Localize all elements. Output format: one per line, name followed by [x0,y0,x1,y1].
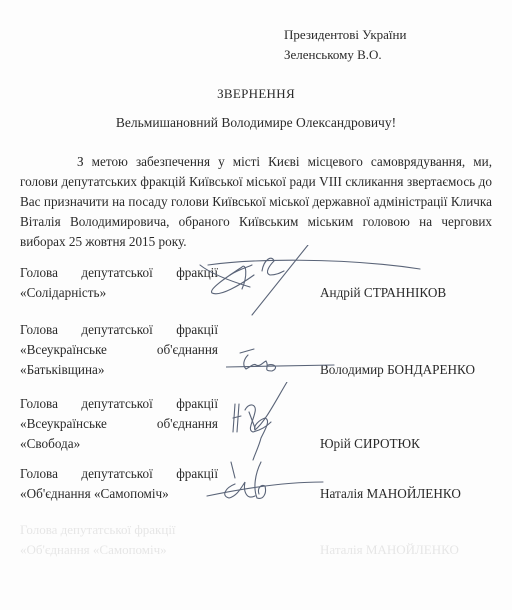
show-through-name: Наталія МАНОЙЛЕНКО [320,540,459,560]
signatory-role: Голова депутатської фракції «Всеукраїнсь… [20,320,218,380]
signatory-role: Голова депутатської фракції «Всеукраїнсь… [20,394,218,454]
body-paragraph: З метою забезпечення у місті Києві місце… [20,152,492,252]
signatory-name: Володимир БОНДАРЕНКО [320,360,475,380]
signature-1-icon [190,245,430,320]
document-title: ЗВЕРНЕННЯ [0,86,512,102]
signature-4-icon [205,458,325,503]
signatory-role: Голова депутатської фракції «Солідарніст… [20,263,218,303]
signature-2-icon [226,345,336,375]
addressee-block: Президентові України Зеленському В.О. [284,25,406,65]
addressee-line-1: Президентові України [284,25,406,45]
addressee-line-2: Зеленському В.О. [284,45,406,65]
salutation: Вельмишановний Володимире Олександровичу… [0,115,512,131]
signatory-role: Голова депутатської фракції «Об'єднання … [20,464,218,504]
document-page: Президентові України Зеленському В.О. ЗВ… [0,0,512,610]
signature-3-icon [225,382,315,462]
show-through-text: Голова депутатської фракції «Об'єднання … [20,520,176,560]
signatory-name: Юрій СИРОТЮК [320,434,420,454]
signatory-name: Наталія МАНОЙЛЕНКО [320,484,461,504]
